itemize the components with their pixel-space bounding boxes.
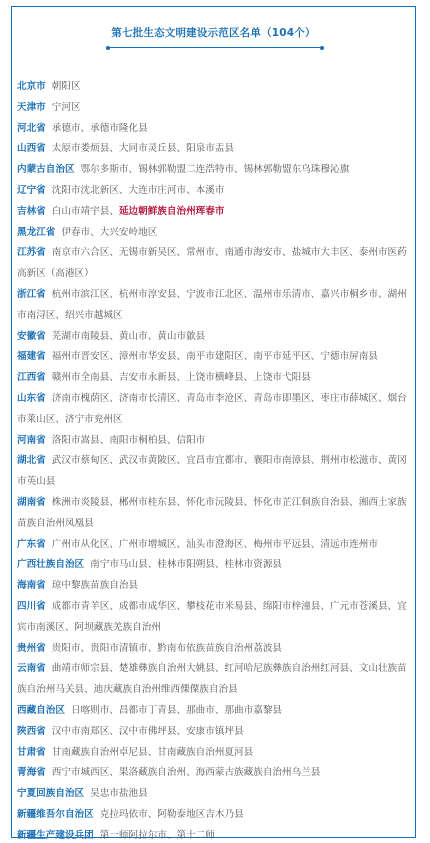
- list-item: 新疆维吾尔自治区克拉玛依市、阿勒泰地区吉木乃县: [17, 805, 409, 826]
- list-item: 西藏自治区日喀则市、昌都市丁青县、那曲市、那曲市嘉黎县: [17, 701, 409, 722]
- zone-entries: 武汉市蔡甸区、武汉市黄陂区、宜昌市宜都市、襄阳市南漳县、荆州市松滋市、黄冈市英山…: [17, 455, 407, 487]
- province-label: 吉林省: [17, 206, 46, 217]
- list-item: 海南省琼中黎族苗族自治县: [17, 576, 409, 597]
- list-item: 甘肃省甘南藏族自治州卓尼县、甘南藏族自治州夏河县: [17, 743, 409, 764]
- list-item: 河南省洛阳市嵩县、南阳市桐柏县、信阳市: [17, 431, 409, 452]
- province-label: 西藏自治区: [17, 705, 65, 716]
- list-item: 新疆生产建设兵团第一师阿拉尔市、第十二师: [17, 826, 409, 843]
- province-label: 宁夏回族自治区: [17, 788, 84, 799]
- zone-entries: 宁河区: [52, 102, 81, 113]
- province-label: 广东省: [17, 539, 46, 550]
- list-item: 陕西省汉中市南郑区、汉中市佛坪县、安康市镇坪县: [17, 722, 409, 743]
- list-item: 四川省成都市青羊区、成都市成华区、攀枝花市米易县、绵阳市梓潼县、广元市苍溪县、宜…: [17, 597, 409, 639]
- list-item: 辽宁省沈阳市沈北新区、大连市庄河市、本溪市: [17, 181, 409, 202]
- zone-entries: 汉中市南郑区、汉中市佛坪县、安康市镇坪县: [52, 726, 244, 737]
- zone-entries: 日喀则市、昌都市丁青县、那曲市、那曲市嘉黎县: [71, 705, 282, 716]
- zone-entries: 克拉玛依市、阿勒泰地区吉木乃县: [100, 809, 244, 820]
- province-label: 北京市: [17, 81, 46, 92]
- zone-entries: 南京市六合区、无锡市新吴区、常州市、南通市海安市、盐城市大丰区、泰州市医药高新区…: [17, 247, 407, 279]
- zone-entries: 白山市靖宇县、: [52, 206, 119, 217]
- zone-entries: 南宁市马山县、桂林市阳朔县、桂林市资源县: [90, 559, 282, 570]
- province-label: 广西壮族自治区: [17, 559, 84, 570]
- list-item: 黑龙江省伊春市、大兴安岭地区: [17, 223, 409, 244]
- zone-entries: 广州市从化区、广州市增城区、汕头市澄海区、梅州市平远县、清远市连州市: [52, 539, 378, 550]
- province-label: 海南省: [17, 580, 46, 591]
- zone-entries: 济南市槐荫区、济南市长清区、青岛市李沧区、青岛市即墨区、枣庄市薛城区、烟台市莱山…: [17, 393, 407, 425]
- list-item: 宁夏回族自治区吴忠市盐池县: [17, 784, 409, 805]
- list-item: 青海省西宁市城西区、果洛藏族自治州、海西蒙古族藏族自治州乌兰县: [17, 763, 409, 784]
- province-label: 云南省: [17, 663, 46, 674]
- province-label: 青海省: [17, 767, 46, 778]
- province-label: 浙江省: [17, 289, 46, 300]
- divider-dot-left: [106, 46, 110, 50]
- zone-entries: 吴忠市盐池县: [90, 788, 148, 799]
- list-item: 江苏省南京市六合区、无锡市新吴区、常州市、南通市海安市、盐城市大丰区、泰州市医药…: [17, 243, 409, 285]
- title-divider: [108, 47, 322, 48]
- zone-entries: 曲靖市师宗县、楚雄彝族自治州大姚县、红河哈尼族彝族自治州红河县、文山壮族苗族自治…: [17, 663, 407, 695]
- zone-entries: 伊春市、大兴安岭地区: [61, 227, 157, 238]
- zone-entries: 沈阳市沈北新区、大连市庄河市、本溪市: [52, 185, 225, 196]
- province-label: 陕西省: [17, 726, 46, 737]
- province-label: 山西省: [17, 143, 46, 154]
- zone-entries: 西宁市城西区、果洛藏族自治州、海西蒙古族藏族自治州乌兰县: [52, 767, 321, 778]
- province-label: 新疆生产建设兵团: [17, 830, 94, 841]
- list-item: 广东省广州市从化区、广州市增城区、汕头市澄海区、梅州市平远县、清远市连州市: [17, 535, 409, 556]
- list-item: 天津市宁河区: [17, 98, 409, 119]
- zone-entries: 鄂尔多斯市、锡林郭勒盟二连浩特市、锡林郭勒盟东乌珠穆沁旗: [81, 164, 350, 175]
- zone-entries: 承德市、承德市隆化县: [52, 123, 148, 134]
- zone-entries: 成都市青羊区、成都市成华区、攀枝花市米易县、绵阳市梓潼县、广元市苍溪县、宜宾市南…: [17, 601, 407, 633]
- list-item: 湖北省武汉市蔡甸区、武汉市黄陂区、宜昌市宜都市、襄阳市南漳县、荆州市松滋市、黄冈…: [17, 451, 409, 493]
- province-label: 黑龙江省: [17, 227, 55, 238]
- divider-dot-right: [320, 46, 324, 50]
- list-item: 湖南省株洲市炎陵县、郴州市桂东县、怀化市沅陵县、怀化市芷江侗族自治县、湘西土家族…: [17, 493, 409, 535]
- list-item: 安徽省芜湖市南陵县、黄山市、黄山市歙县: [17, 327, 409, 348]
- list-item: 内蒙古自治区鄂尔多斯市、锡林郭勒盟二连浩特市、锡林郭勒盟东乌珠穆沁旗: [17, 160, 409, 181]
- province-label: 甘肃省: [17, 747, 46, 758]
- highlighted-zone-entry: 延边朝鲜族自治州珲春市: [119, 206, 225, 217]
- page-title: 第七批生态文明建设示范区名单（104个）: [12, 25, 415, 40]
- zone-entries: 朝阳区: [52, 81, 81, 92]
- province-label: 天津市: [17, 102, 46, 113]
- province-label: 新疆维吾尔自治区: [17, 809, 94, 820]
- list-item: 贵州省贵阳市、贵阳市清镇市、黔南布依族苗族自治州荔波县: [17, 639, 409, 660]
- list-item: 河北省承德市、承德市隆化县: [17, 119, 409, 140]
- list-item: 山东省济南市槐荫区、济南市长清区、青岛市李沧区、青岛市即墨区、枣庄市薛城区、烟台…: [17, 389, 409, 431]
- list-item: 北京市朝阳区: [17, 77, 409, 98]
- province-label: 河北省: [17, 123, 46, 134]
- province-label: 河南省: [17, 435, 46, 446]
- zone-entries: 福州市晋安区、漳州市华安县、南平市建阳区、南平市延平区、宁德市屏南县: [52, 351, 378, 362]
- list-item: 江西省赣州市全南县、吉安市永新县、上饶市横峰县、上饶市弋阳县: [17, 368, 409, 389]
- list-item: 山西省太原市娄烦县、大同市灵丘县、阳泉市盂县: [17, 139, 409, 160]
- province-label: 江苏省: [17, 247, 46, 258]
- province-label: 江西省: [17, 372, 46, 383]
- province-label: 安徽省: [17, 331, 46, 342]
- province-label: 湖南省: [17, 497, 46, 508]
- zone-entries: 太原市娄烦县、大同市灵丘县、阳泉市盂县: [52, 143, 234, 154]
- list-item: 云南省曲靖市师宗县、楚雄彝族自治州大姚县、红河哈尼族彝族自治州红河县、文山壮族苗…: [17, 659, 409, 701]
- zone-entries: 琼中黎族苗族自治县: [52, 580, 138, 591]
- province-label: 山东省: [17, 393, 46, 404]
- zone-entries: 洛阳市嵩县、南阳市桐柏县、信阳市: [52, 435, 206, 446]
- province-label: 贵州省: [17, 643, 46, 654]
- zone-entries: 贵阳市、贵阳市清镇市、黔南布依族苗族自治州荔波县: [52, 643, 282, 654]
- province-label: 内蒙古自治区: [17, 164, 75, 175]
- list-item: 吉林省白山市靖宇县、延边朝鲜族自治州珲春市: [17, 202, 409, 223]
- province-label: 福建省: [17, 351, 46, 362]
- list-item: 广西壮族自治区南宁市马山县、桂林市阳朔县、桂林市资源县: [17, 555, 409, 576]
- zone-entries: 甘南藏族自治州卓尼县、甘南藏族自治州夏河县: [52, 747, 253, 758]
- province-label: 湖北省: [17, 455, 46, 466]
- zone-entries: 杭州市滨江区、杭州市淳安县、宁波市江北区、温州市乐清市、嘉兴市桐乡市、湖州市南浔…: [17, 289, 407, 321]
- list-item: 浙江省杭州市滨江区、杭州市淳安县、宁波市江北区、温州市乐清市、嘉兴市桐乡市、湖州…: [17, 285, 409, 327]
- demonstration-zone-list: 北京市朝阳区 天津市宁河区 河北省承德市、承德市隆化县 山西省太原市娄烦县、大同…: [17, 77, 409, 843]
- zone-entries: 赣州市全南县、吉安市永新县、上饶市横峰县、上饶市弋阳县: [52, 372, 311, 383]
- province-label: 四川省: [17, 601, 46, 612]
- zone-entries: 第一师阿拉尔市、第十二师: [100, 830, 215, 841]
- list-frame: 第七批生态文明建设示范区名单（104个） 北京市朝阳区 天津市宁河区 河北省承德…: [11, 6, 416, 838]
- list-item: 福建省福州市晋安区、漳州市华安县、南平市建阳区、南平市延平区、宁德市屏南县: [17, 347, 409, 368]
- province-label: 辽宁省: [17, 185, 46, 196]
- zone-entries: 芜湖市南陵县、黄山市、黄山市歙县: [52, 331, 206, 342]
- zone-entries: 株洲市炎陵县、郴州市桂东县、怀化市沅陵县、怀化市芷江侗族自治县、湘西土家族苗族自…: [17, 497, 407, 529]
